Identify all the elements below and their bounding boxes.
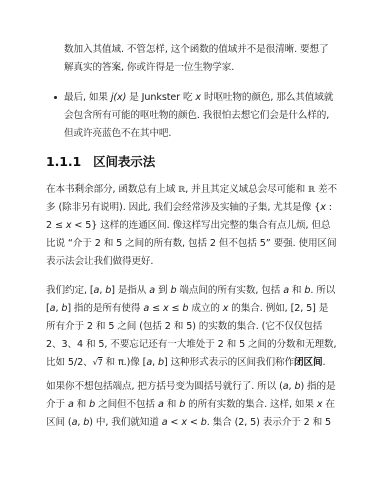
text: 多 (除非另有说明). 因此, 我们会经常涉及实轴的子集, 尤其是像 { bbox=[46, 202, 320, 213]
text: 和 bbox=[74, 399, 89, 410]
paragraph-line: 我们约定, [a, b] 是指从 a 到 b 端点间的所有实数, 包括 a 和 … bbox=[46, 285, 335, 297]
paragraph-line: 所有介于 2 和 5 之间 (包括 2 和 5) 的实数的集合. (它不仅仅包括 bbox=[46, 321, 322, 333]
paragraph-line: 比如 5/2、√7 和 π.)像 [a, b] 这种形式表示的区间我们称作闭区间… bbox=[46, 357, 325, 369]
defined-term: 闭区间 bbox=[294, 357, 322, 368]
text: 区间 ( bbox=[46, 417, 72, 428]
text-line: 数加入其值域. 不管怎样, 这个函数的值域并不是很清晰. 要想了 bbox=[64, 44, 329, 56]
text: 介于 bbox=[46, 399, 68, 410]
reals-symbol: ℝ bbox=[308, 185, 315, 195]
text: 到 bbox=[155, 285, 170, 296]
text: . bbox=[323, 357, 326, 368]
section-number: 1.1.1 bbox=[46, 154, 81, 169]
text: . 集合 (2, 5) 表示介于 2 和 5 bbox=[207, 417, 331, 428]
bullet-marker-icon bbox=[54, 96, 57, 99]
paragraph-line: 2、3、4 和 5, 不要忘记还有一大堆处于 2 和 5 之间的分数和无理数, bbox=[46, 339, 336, 351]
paragraph-line: 介于 a 和 b 之间但不包括 a 和 b 的所有实数的集合. 这样, 如果 x… bbox=[46, 399, 335, 411]
text: 和 bbox=[164, 399, 179, 410]
text-line: 解真实的答案, 你或许得是一位生物学家. bbox=[64, 62, 234, 74]
text: , 并且其定义域总会尽可能和 bbox=[185, 184, 308, 195]
text: ] 指的是所有使得 bbox=[67, 303, 143, 314]
section-heading: 1.1.1区间表示法 bbox=[46, 154, 155, 170]
text: 之间但不包括 bbox=[95, 399, 158, 410]
paragraph-line: [a, b] 指的是所有使得 a ≤ x ≤ b 成立的 x 的集合. 例如, … bbox=[46, 303, 328, 315]
text: ) 中, 我们就知道 bbox=[89, 417, 161, 428]
text: 2 ≤ bbox=[46, 220, 66, 231]
text: ) 指的是 bbox=[300, 381, 335, 392]
sqrt-symbol: √7 bbox=[93, 358, 103, 368]
paragraph-line: 在本书剩余部分, 函数总有上域 ℝ, 并且其定义域总会尽可能和 ℝ 差不 bbox=[46, 184, 337, 196]
bullet-line: 但或许亮蓝色不在其中吧. bbox=[64, 128, 171, 140]
text: 和 bbox=[289, 285, 304, 296]
text: 在 bbox=[322, 399, 334, 410]
paragraph-line: 多 (除非另有说明). 因此, 我们会经常涉及实轴的子集, 尤其是像 {x : bbox=[46, 202, 332, 214]
text: 是 Junkster 吃 bbox=[126, 92, 195, 103]
text: 最后, 如果 bbox=[64, 92, 111, 103]
text: . 所以 bbox=[310, 285, 335, 296]
text: 的集合. 例如, [2, 5] 是 bbox=[228, 303, 328, 314]
text: 的所有实数的集合. 这样, 如果 bbox=[185, 399, 317, 410]
text: 在本书剩余部分, 函数总有上域 bbox=[46, 184, 178, 195]
math-op: < bbox=[167, 417, 181, 428]
math-op: < bbox=[187, 417, 201, 428]
bullet-line: 最后, 如果 j(x) 是 Junkster 吃 x 时呕吐物的颜色, 那么其值… bbox=[64, 92, 333, 104]
text: 端点间的所有实数, 包括 bbox=[176, 285, 283, 296]
text: 我们约定, [ bbox=[46, 285, 94, 296]
text: ] 这种形式表示的区间我们称作 bbox=[164, 357, 294, 368]
paragraph-line: 2 ≤ x < 5} 这样的连通区间. 像这样写出完整的集合有点儿烦, 但总 bbox=[46, 220, 330, 232]
paragraph-line: 区间 (a, b) 中, 我们就知道 a < x < b. 集合 (2, 5) … bbox=[46, 417, 331, 429]
paragraph-line: 如果你不想包括端点, 把方括号变为圆括号就行了. 所以 (a, b) 指的是 bbox=[46, 381, 336, 393]
math-op: ≤ bbox=[149, 303, 163, 314]
text: 差不 bbox=[315, 184, 337, 195]
text: ] 是指从 bbox=[111, 285, 149, 296]
text: 如果你不想包括端点, 把方括号变为圆括号就行了. 所以 ( bbox=[46, 381, 283, 392]
document-page: 数加入其值域. 不管怎样, 这个函数的值域并不是很清晰. 要想了 解真实的答案,… bbox=[0, 0, 370, 480]
math-arg: (x) bbox=[113, 92, 126, 103]
text: 时呕吐物的颜色, 那么其值域就 bbox=[201, 92, 333, 103]
text: 成立的 bbox=[188, 303, 222, 314]
math-op: ≤ bbox=[169, 303, 183, 314]
text: : bbox=[326, 202, 332, 213]
text: < 5} 这样的连通区间. 像这样写出完整的集合有点儿烦, 但总 bbox=[71, 220, 330, 231]
bullet-line: 会包含所有可能的呕吐物的颜色. 我很怕去想它们会是什么样的, bbox=[64, 110, 329, 122]
section-title: 区间表示法 bbox=[93, 154, 155, 169]
text: 比如 5/2、 bbox=[46, 357, 93, 368]
paragraph-line: 表示法会让我们做得更好. bbox=[46, 256, 153, 268]
text: 和 π.)像 [ bbox=[103, 357, 147, 368]
paragraph-line: 比说 “介于 2 和 5 之间的所有数, 包括 2 但不包括 5” 要强. 使用… bbox=[46, 238, 336, 250]
